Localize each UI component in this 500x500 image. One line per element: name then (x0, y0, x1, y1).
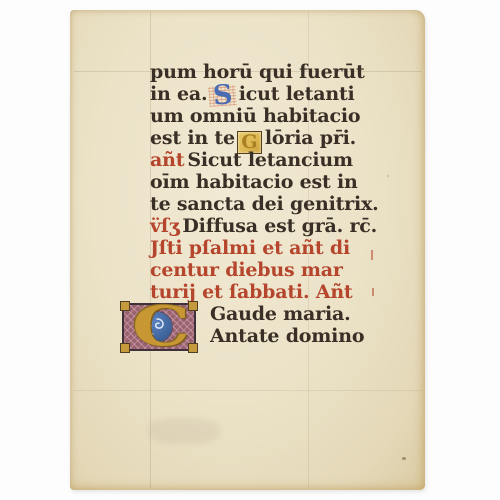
line-text: lōria pr̄i. (265, 127, 356, 149)
text-line: v̈ſʒDiffusa est grā. rc̄. (150, 215, 380, 237)
line-text: oīm habitacio est in (150, 171, 358, 193)
illuminated-initial-c-letter: C (132, 296, 190, 356)
line-text: Antate domino (210, 325, 364, 347)
line-text: Sicut letancium (187, 149, 353, 171)
parchment-speck (402, 457, 406, 460)
line-text: est in te (150, 127, 235, 149)
text-line: pum horū qui fuerūt (150, 61, 380, 83)
line-text: Diffusa est grā. rc̄. (182, 215, 377, 237)
line-text: te sancta dei genitrix. (150, 193, 379, 215)
text-line: Antate domino (210, 325, 380, 347)
line-text: um omniū habitacio (150, 105, 360, 127)
rubric-versicle-mark: v̈ſʒ (150, 215, 179, 237)
text-line: est in teGlōria pr̄i. (150, 127, 380, 149)
rubric-text: centur diebus mar (150, 259, 343, 281)
rubric-line: centur diebus mar (150, 259, 380, 281)
rubric-line: Jſti pſalmi et añt di (150, 237, 380, 259)
line-text: icut letanti (239, 83, 355, 105)
rubric-text: Jſti pſalmi et añt di (150, 237, 350, 259)
text-line: in ea.Sicut letanti (150, 83, 380, 105)
parchment-smudge (148, 418, 220, 444)
text-line: oīm habitacio est in (150, 171, 380, 193)
line-text: Gaude maria. (210, 303, 351, 325)
text-line: Gaude maria. (210, 303, 380, 325)
illuminated-initial-c-frame: C (122, 303, 196, 351)
penwork-initial-s: S (209, 85, 238, 107)
ruling-line-horizontal-bottom (74, 390, 422, 391)
rubric-cue: añt (150, 149, 184, 171)
initial-frame-gold-corner (120, 301, 130, 311)
text-line: um omniū habitacio (150, 105, 380, 127)
photo-background: pum horū qui fuerūt in ea.Sicut letanti … (0, 0, 500, 500)
parchment-speck (387, 175, 389, 177)
text-line: te sancta dei genitrix. (150, 193, 380, 215)
text-line: añtSicut letancium (150, 149, 380, 171)
line-text: in ea. (150, 83, 207, 105)
line-text: pum horū qui fuerūt (150, 61, 365, 83)
initial-frame-gold-corner (120, 343, 130, 353)
